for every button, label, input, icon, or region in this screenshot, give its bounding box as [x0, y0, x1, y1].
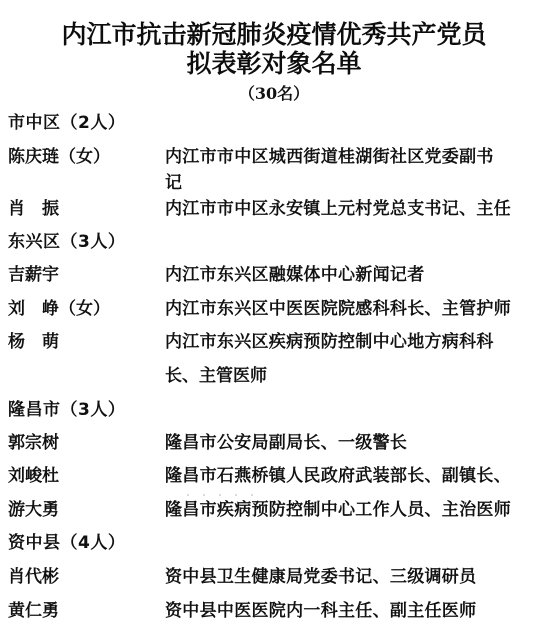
- document-title-line-1: 内江市抗击新冠肺炎疫情优秀共产党员: [0, 20, 548, 50]
- member-duty: 资中县卫生健康局党委书记、三级调研员: [165, 564, 476, 590]
- member-duty: 隆昌市疾病预防控制中心工作人员、主治医师: [165, 497, 511, 523]
- member-name: 吉薪宇: [8, 262, 59, 288]
- member-name: 刘 峥（女）: [8, 296, 110, 322]
- member-duty: 内江市东兴区融媒体中心新闻记者: [165, 262, 425, 288]
- member-duty: 资中县中医医院内一科主任、副主任医师: [165, 598, 476, 624]
- member-name: 肖代彬: [8, 564, 59, 590]
- member-duty: 隆昌市石燕桥镇人民政府武装部长、副镇长、: [165, 463, 511, 489]
- list-item: 肖 振 内江市市中区永安镇上元村党总支书记、主任: [0, 196, 548, 222]
- section-heading-label: 市中区（2人）: [8, 110, 125, 136]
- list-item: 陈庆琏（女） 内江市市中区城西街道桂湖街社区党委副书: [0, 144, 548, 170]
- member-duty: 内江市市中区永安镇上元村党总支书记、主任: [165, 196, 511, 222]
- section-heading-label: 东兴区（3人）: [8, 229, 125, 255]
- member-duty-continued: 记: [165, 170, 182, 196]
- section-heading-zizhong: 资中县（4人）: [0, 530, 548, 556]
- section-heading-dongxing: 东兴区（3人）: [0, 229, 548, 255]
- list-item: 杨 萌 内江市东兴区疾病预防控制中心地方病科科: [0, 329, 548, 355]
- section-heading-longchang: 隆昌市（3人）: [0, 397, 548, 423]
- member-duty: 内江市市中区城西街道桂湖街社区党委副书: [165, 144, 494, 170]
- list-item-continuation: 记: [0, 170, 548, 196]
- list-item: 黄仁勇 资中县中医医院内一科主任、副主任医师: [0, 598, 548, 624]
- member-duty-continued: 长、主管医师: [165, 363, 267, 389]
- member-name: 黄仁勇: [8, 598, 59, 624]
- total-count: （30名）: [0, 83, 548, 105]
- section-heading-label: 资中县（4人）: [8, 530, 125, 556]
- list-item: 郭宗树 隆昌市公安局副局长、一级警长: [0, 430, 548, 456]
- section-heading-label: 隆昌市（3人）: [8, 397, 125, 423]
- member-duty: 隆昌市公安局副局长、一级警长: [165, 430, 407, 456]
- list-item: 刘 峥（女） 内江市东兴区中医医院院感科科长、主管护师: [0, 296, 548, 322]
- member-duty: 内江市东兴区中医医院院感科科长、主管护师: [165, 296, 511, 322]
- list-item: 刘峻杜 隆昌市石燕桥镇人民政府武装部长、副镇长、: [0, 463, 548, 489]
- list-item: 吉薪宇 内江市东兴区融媒体中心新闻记者: [0, 262, 548, 288]
- list-item: 游大勇 隆昌市疾病预防控制中心工作人员、主治医师: [0, 497, 548, 523]
- document-title-line-2: 拟表彰对象名单: [0, 49, 548, 79]
- member-duty: 内江市东兴区疾病预防控制中心地方病科科: [165, 329, 494, 355]
- section-heading-shizhong: 市中区（2人）: [0, 110, 548, 136]
- member-name: 陈庆琏（女）: [8, 144, 110, 170]
- member-name: 刘峻杜: [8, 463, 59, 489]
- member-name: 郭宗树: [8, 430, 59, 456]
- scan-artifact: [180, 494, 260, 496]
- member-name: 杨 萌: [8, 329, 59, 355]
- member-name: 肖 振: [8, 196, 59, 222]
- list-item-continuation: 长、主管医师: [0, 363, 548, 389]
- member-name: 游大勇: [8, 497, 59, 523]
- list-item: 肖代彬 资中县卫生健康局党委书记、三级调研员: [0, 564, 548, 590]
